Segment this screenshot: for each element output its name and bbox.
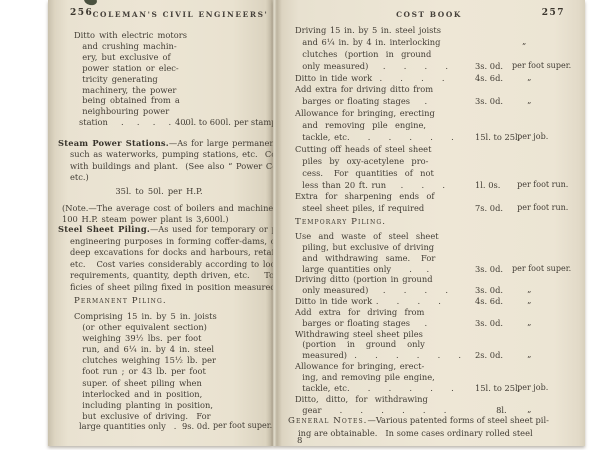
- left-page: 256 COLEMAN'S CIVIL ENGINEERS' Ditto wit…: [48, 0, 273, 446]
- text-line: super. of sheet piling when: [74, 378, 254, 389]
- entry-text: and withdrawing same. For: [295, 253, 435, 263]
- entry-text: Use and waste of steel sheet: [295, 231, 439, 241]
- entry-text: barges or floating stages .: [295, 96, 427, 106]
- entry-text: Extra for sharpening ends of: [295, 191, 434, 201]
- price-value: 400l. to 600l.: [175, 117, 231, 127]
- cost-entry-row: Ditto in tide work . . . . 4s. 6d. „: [295, 73, 585, 85]
- running-head-right: COST BOOK: [328, 10, 530, 19]
- entry-text: measured) . . . . . .: [295, 350, 461, 360]
- entry-text: and 6¼ in. by 4 in. interlocking: [295, 37, 440, 47]
- cost-entry-row: cess. For quantities of not: [295, 168, 585, 180]
- entry-price: 4s. 6d.: [475, 73, 503, 83]
- text-line: clutches weighing 15½ lb. per: [74, 355, 254, 366]
- entry-text: Ditto in tide work . . . .: [295, 296, 441, 306]
- cost-entry-row: only measured) . . . . 3s. 0d. per foot …: [295, 61, 585, 73]
- entry-unit: „: [512, 405, 531, 414]
- entry-text: (portion in ground only: [295, 339, 425, 349]
- entry-text: piles by oxy-acetylene pro-: [295, 156, 428, 166]
- entry-text: and removing pile engine,: [295, 120, 426, 130]
- cost-entry-row: piles by oxy-acetylene pro-: [295, 156, 585, 168]
- entry-unit: „: [512, 37, 526, 46]
- entry-text: Add extra for driving from: [295, 307, 424, 317]
- text-line: with buildings and plant. (See also “ Po…: [58, 161, 268, 172]
- entry-text: Ditto, ditto, for withdrawing: [295, 394, 428, 404]
- paragraph-steam-power-stations: Steam Power Stations.—As for large perma…: [58, 138, 268, 184]
- text-line: etc. Cost varies considerably according …: [58, 259, 270, 271]
- entry-price: 3s. 0d.: [475, 264, 503, 274]
- paragraph-general-notes: General Notes.—Various patented forms of…: [273, 415, 579, 439]
- text-line: (Note.—The average cost of boilers and m…: [62, 203, 270, 214]
- entry-unit: per foot run.: [512, 203, 568, 212]
- entry-unit: per foot super.: [512, 264, 571, 273]
- cost-entry-row: clutches (portion in ground: [295, 49, 585, 61]
- entry-unit: per job.: [512, 132, 548, 141]
- entry-text: tackle, etc. . . . . .: [295, 383, 454, 393]
- cost-list-temporary: Use and waste of steel sheet piling, but…: [295, 231, 585, 415]
- text-line: Steel Sheet Piling.—As used for temporar…: [58, 224, 270, 236]
- text-line: ficies of sheet piling fixed in position…: [58, 282, 270, 294]
- entry-text: Allowance for bringing, erecting: [295, 108, 435, 118]
- entry-heading: Steam Power Stations.: [58, 138, 169, 148]
- entry-text: cess. For quantities of not: [295, 168, 434, 178]
- price-line-station: station . . . . . 400l. to 600l. per sta…: [74, 117, 273, 129]
- section-heading-general-notes: General Notes.: [288, 416, 368, 426]
- entry-price: 3s. 0d.: [475, 96, 503, 106]
- book-photo: 256 COLEMAN'S CIVIL ENGINEERS' Ditto wit…: [0, 0, 600, 450]
- cost-entry-row: Ditto, ditto, for withdrawing: [295, 394, 585, 405]
- cost-entry-row: ing, and removing pile engine,: [295, 372, 585, 383]
- entry-text: piling, but exclusive of driving: [295, 242, 434, 252]
- cost-entry-row: only measured) . . . . 3s. 0d. „: [295, 285, 585, 296]
- text-line: etc.): [58, 172, 268, 183]
- cost-entry-row: Withdrawing steel sheet piles: [295, 329, 585, 340]
- cost-entry-row: Allowance for bringing, erecting: [295, 108, 585, 120]
- entry-text: Ditto in tide work . . . .: [295, 73, 445, 83]
- text-line: ing are obtainable. In some cases ordina…: [273, 428, 579, 440]
- cost-list-permanent: Driving 15 in. by 5 in. steel joists and…: [295, 25, 585, 215]
- paragraph-ditto-electric-motors: Ditto with electric motors and crushing …: [74, 30, 264, 117]
- price-line-large-quantities: large quantities only . . 9s. 0d. per fo…: [74, 421, 273, 433]
- entry-text: only measured) . . . .: [295, 61, 448, 71]
- cost-entry-row: barges or floating stages . 3s. 0d. „: [295, 318, 585, 329]
- text-line: engineering purposes in forming coffer-d…: [58, 236, 270, 248]
- entry-unit: per foot super.: [512, 61, 571, 70]
- text-line: run, and 6¼ in. by 4 in. steel: [74, 344, 254, 355]
- text-line: power station or elec-: [74, 63, 264, 74]
- cost-entry-row: Add extra for driving ditto from: [295, 84, 585, 96]
- notes-rest: —Various patented forms of steel sheet p…: [368, 415, 549, 425]
- entry-text: Driving ditto (portion in ground: [295, 274, 433, 284]
- text-line: including planting in position,: [74, 400, 254, 411]
- text-line: General Notes.—Various patented forms of…: [273, 415, 579, 428]
- entry-unit: per foot run.: [512, 180, 568, 189]
- section-heading-temporary-piling: Temporary Piling.: [295, 217, 386, 227]
- entry-text: Add extra for driving ditto from: [295, 84, 433, 94]
- text-line: ery, but exclusive of: [74, 52, 264, 63]
- cost-entry-row: tackle, etc. . . . . . 15l. to 25l. per …: [295, 132, 585, 144]
- entry-unit: per job.: [512, 383, 548, 392]
- cost-entry-row: Ditto in tide work . . . . 4s. 6d. „: [295, 296, 585, 307]
- text-line: Steam Power Stations.—As for large perma…: [58, 138, 268, 149]
- section-heading-permanent-piling: Permanent Piling.: [74, 296, 167, 306]
- cost-entry-row: and withdrawing same. For: [295, 253, 585, 264]
- entry-unit: „: [512, 350, 531, 359]
- text-line: machinery, the power: [74, 85, 264, 96]
- entry-text: Driving 15 in. by 5 in. steel joists: [295, 25, 441, 35]
- right-page: COST BOOK 257 Driving 15 in. by 5 in. st…: [273, 0, 585, 446]
- cost-entry-row: Driving ditto (portion in ground: [295, 274, 585, 285]
- entry-unit: „: [512, 318, 531, 327]
- text-line: deep excavations for docks and harbours,…: [58, 247, 270, 259]
- entry-heading: Steel Sheet Piling.: [58, 224, 150, 234]
- entry-text: barges or floating stages .: [295, 318, 427, 328]
- entry-unit: „: [512, 296, 531, 305]
- text-line: Ditto with electric motors: [74, 30, 264, 41]
- entry-price: 3s. 0d.: [475, 285, 503, 295]
- cost-entry-row: Use and waste of steel sheet: [295, 231, 585, 242]
- entry-text: Withdrawing steel sheet piles: [295, 329, 423, 339]
- entry-price: 3s. 0d.: [475, 318, 503, 328]
- cost-entry-row: and removing pile engine,: [295, 120, 585, 132]
- entry-price: 7s. 0d.: [475, 203, 503, 213]
- text-line: being obtained from a: [74, 95, 264, 106]
- cost-entry-row: piling, but exclusive of driving: [295, 242, 585, 253]
- entry-unit: „: [512, 285, 531, 294]
- entry-text: Allowance for bringing, erect-: [295, 361, 424, 371]
- text-line: weighing 39½ lbs. per foot: [74, 333, 254, 344]
- entry-text: only measured) . . . .: [295, 285, 448, 295]
- price-value: 9s. 0d.: [182, 421, 210, 431]
- cost-entry-row: tackle, etc. . . . . . 15l. to 25l. per …: [295, 383, 585, 394]
- text-line: such as waterworks, pumping stations, et…: [58, 149, 268, 160]
- text-line: Comprising 15 in. by 5 in. joists: [74, 311, 254, 322]
- cost-entry-row: measured) . . . . . . 2s. 0d. „: [295, 350, 585, 361]
- entry-text: less than 20 ft. run . . .: [295, 180, 445, 190]
- text-line: requirements, quantity, depth driven, et…: [58, 270, 270, 282]
- cost-entry-row: steel sheet piles, if required 7s. 0d. p…: [295, 203, 585, 215]
- page-number-right: 257: [542, 8, 565, 18]
- text-line: and crushing machin-: [74, 41, 264, 52]
- text-line: foot run ; or 43 lb. per foot: [74, 366, 254, 377]
- entry-text: clutches (portion in ground: [295, 49, 431, 59]
- price-line-text: station . . . . .: [79, 117, 187, 127]
- signature-mark: 8: [297, 436, 302, 446]
- entry-price: 2s. 0d.: [475, 350, 503, 360]
- entry-price: 1l. 0s.: [475, 180, 500, 190]
- cost-entry-row: barges or floating stages . 3s. 0d. „: [295, 96, 585, 108]
- entry-price: 3s. 0d.: [475, 61, 503, 71]
- cost-entry-row: Extra for sharpening ends of: [295, 191, 585, 203]
- cost-entry-row: large quantities only . . 3s. 0d. per fo…: [295, 264, 585, 275]
- price-unit: per foot super.: [213, 421, 272, 430]
- text-line: neighbouring power: [74, 106, 264, 117]
- cost-entry-row: Driving 15 in. by 5 in. steel joists: [295, 25, 585, 37]
- entry-unit: „: [512, 96, 531, 105]
- entry-text: large quantities only . .: [295, 264, 429, 274]
- entry-text: steel sheet piles, if required: [295, 203, 424, 213]
- entry-text: ing, and removing pile engine,: [295, 372, 435, 382]
- cost-entry-row: (portion in ground only: [295, 339, 585, 350]
- price-line-text: large quantities only . .: [79, 421, 187, 431]
- entry-text: tackle, etc. . . . . .: [295, 132, 454, 142]
- cost-entry-row: Allowance for bringing, erect-: [295, 361, 585, 372]
- cost-entry-row: Cutting off heads of steel sheet: [295, 144, 585, 156]
- cost-entry-row: gear . . . . . . 8l. „: [295, 405, 585, 416]
- paragraph-steel-sheet-piling: Steel Sheet Piling.—As used for temporar…: [58, 224, 270, 294]
- centered-price: 35l. to 50l. per H.P.: [74, 186, 244, 196]
- text-line: interlocked and in position,: [74, 389, 254, 400]
- cost-entry-row: less than 20 ft. run . . . 1l. 0s. per f…: [295, 180, 585, 192]
- entry-price: 4s. 6d.: [475, 296, 503, 306]
- paragraph-comprising-joists: Comprising 15 in. by 5 in. joists (or ot…: [74, 311, 254, 422]
- entry-price: 8l.: [475, 405, 507, 415]
- text-line: tricity generating: [74, 74, 264, 85]
- entry-text: Cutting off heads of steel sheet: [295, 144, 431, 154]
- cost-entry-row: Add extra for driving from: [295, 307, 585, 318]
- paragraph-note: (Note.—The average cost of boilers and m…: [62, 203, 270, 226]
- text-line: (or other equivalent section): [74, 322, 254, 333]
- entry-unit: „: [512, 73, 531, 82]
- cost-entry-row: and 6¼ in. by 4 in. interlocking „: [295, 37, 585, 49]
- entry-text: gear . . . . . .: [295, 405, 446, 415]
- running-head-left: COLEMAN'S CIVIL ENGINEERS': [90, 10, 271, 19]
